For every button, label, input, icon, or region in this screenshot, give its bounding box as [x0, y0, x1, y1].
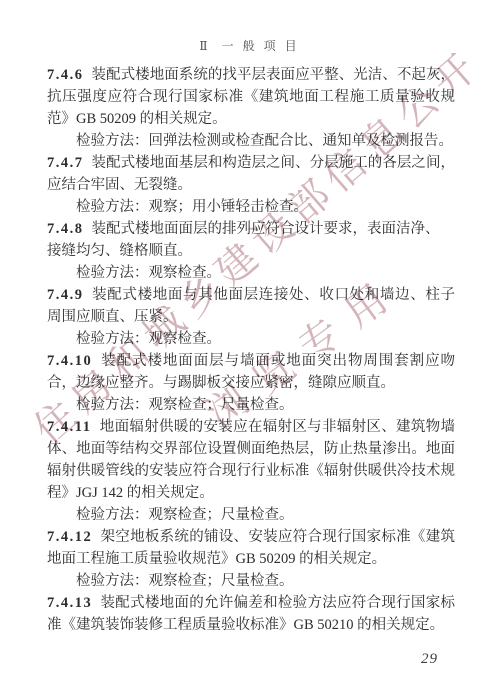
body-line: 准《建筑装饰装修工程质量验收标准》GB 50210 的相关规定。 — [47, 614, 455, 636]
line-text: 检验方法：观察；用小锤轻击检查。 — [76, 199, 308, 215]
line-text: 辐射供暖管线的安装应符合现行行业标准《辐射供暖供冷技术规 — [47, 463, 455, 479]
line-text: 检验方法：观察检查；尺量检查。 — [76, 573, 294, 589]
line-text: 体、地面等结构交界部位设置侧面绝热层，防止热量渗出。地面 — [47, 441, 455, 457]
method-line: 检验方法：观察检查；尺量检查。 — [47, 504, 455, 526]
clause-line: 7.4.12架空地板系统的铺设、安装应符合现行国家标准《建筑 — [47, 526, 455, 548]
body-line: 合，边缘应整齐。与踢脚板交接应紧密，缝隙应顺直。 — [47, 372, 455, 394]
method-line: 检验方法：观察检查。 — [47, 262, 455, 284]
line-text: 装配式楼地面的允许偏差和检验方法应符合现行国家标 — [100, 595, 455, 611]
line-text: 装配式楼地面与其他面层连接处、收口处和墙边、柱子 — [92, 287, 456, 303]
page-number: 29 — [421, 651, 438, 668]
line-text: 地面辐射供暖的安装应在辐射区与非辐射区、建筑物墙 — [99, 419, 455, 435]
line-text: 检验方法：回弹法检测或检查配合比、通知单及检测报告。 — [76, 133, 453, 149]
line-text: 装配式楼地面系统的找平层表面应平整、光洁、不起灰， — [92, 67, 456, 83]
line-text: 周围应顺直、压紧。 — [47, 309, 178, 325]
document-page: Ⅱ一 般 项 目 住房和城乡建设部信息公开 浏览专用 7.4.6装配式楼地面系统… — [0, 0, 499, 700]
line-text: 合，边缘应整齐。与踢脚板交接应紧密，缝隙应顺直。 — [47, 375, 395, 391]
clause-number: 7.4.12 — [47, 529, 92, 545]
section-header: Ⅱ一 般 项 目 — [0, 37, 499, 54]
section-title: 一 般 项 目 — [222, 39, 300, 53]
clause-number: 7.4.8 — [47, 221, 84, 237]
line-text: 检验方法：观察检查；尺量检查。 — [76, 507, 294, 523]
body-line: 地面工程施工质量验收规范》GB 50209 的相关规定。 — [47, 548, 455, 570]
line-text: 装配式楼地面基层和构造层之间、分层施工的各层之间， — [92, 155, 456, 171]
body-line: 抗压强度应符合现行国家标准《建筑地面工程施工质量验收规 — [47, 86, 455, 108]
method-line: 检验方法：观察；用小锤轻击检查。 — [47, 196, 455, 218]
line-text: 应结合牢固、无裂缝。 — [47, 177, 192, 193]
body-line: 接缝均匀、缝格顺直。 — [47, 240, 455, 262]
clause-line: 7.4.7装配式楼地面基层和构造层之间、分层施工的各层之间， — [47, 152, 455, 174]
clause-number: 7.4.6 — [47, 67, 84, 83]
method-line: 检验方法：观察检查；尺量检查。 — [47, 394, 455, 416]
clause-line: 7.4.11地面辐射供暖的安装应在辐射区与非辐射区、建筑物墙 — [47, 416, 455, 438]
body-line: 范》GB 50209 的相关规定。 — [47, 108, 455, 130]
clause-number: 7.4.9 — [47, 287, 84, 303]
line-text: 地面工程施工质量验收规范》GB 50209 的相关规定。 — [47, 551, 386, 567]
body-line: 程》JGJ 142 的相关规定。 — [47, 482, 455, 504]
line-text: 程》JGJ 142 的相关规定。 — [47, 485, 214, 501]
method-line: 检验方法：观察检查；尺量检查。 — [47, 570, 455, 592]
line-text: 装配式楼地面面层与墙面或地面突出物周围套割应吻 — [100, 353, 455, 369]
line-text: 检验方法：观察检查；尺量检查。 — [76, 397, 294, 413]
body-line: 体、地面等结构交界部位设置侧面绝热层，防止热量渗出。地面 — [47, 438, 455, 460]
method-line: 检验方法：回弹法检测或检查配合比、通知单及检测报告。 — [47, 130, 455, 152]
line-text: 架空地板系统的铺设、安装应符合现行国家标准《建筑 — [100, 529, 455, 545]
body-line: 辐射供暖管线的安装应符合现行行业标准《辐射供暖供冷技术规 — [47, 460, 455, 482]
clause-number: 7.4.13 — [47, 595, 92, 611]
section-numeral: Ⅱ — [199, 39, 209, 53]
method-line: 检验方法：观察检查。 — [47, 328, 455, 350]
line-text: 范》GB 50209 的相关规定。 — [47, 111, 227, 127]
clause-number: 7.4.7 — [47, 155, 84, 171]
clause-line: 7.4.6装配式楼地面系统的找平层表面应平整、光洁、不起灰， — [47, 64, 455, 86]
body-line: 周围应顺直、压紧。 — [47, 306, 455, 328]
line-text: 接缝均匀、缝格顺直。 — [47, 243, 192, 259]
document-body: 7.4.6装配式楼地面系统的找平层表面应平整、光洁、不起灰，抗压强度应符合现行国… — [47, 64, 455, 636]
body-line: 应结合牢固、无裂缝。 — [47, 174, 455, 196]
clause-number: 7.4.10 — [47, 353, 92, 369]
clause-number: 7.4.11 — [47, 419, 91, 435]
clause-line: 7.4.8装配式楼地面面层的排列应符合设计要求，表面洁净、 — [47, 218, 455, 240]
clause-line: 7.4.10装配式楼地面面层与墙面或地面突出物周围套割应吻 — [47, 350, 455, 372]
line-text: 抗压强度应符合现行国家标准《建筑地面工程施工质量验收规 — [47, 89, 455, 105]
line-text: 检验方法：观察检查。 — [76, 331, 221, 347]
clause-line: 7.4.9装配式楼地面与其他面层连接处、收口处和墙边、柱子 — [47, 284, 455, 306]
clause-line: 7.4.13装配式楼地面的允许偏差和检验方法应符合现行国家标 — [47, 592, 455, 614]
line-text: 检验方法：观察检查。 — [76, 265, 221, 281]
line-text: 准《建筑装饰装修工程质量验收标准》GB 50210 的相关规定。 — [47, 617, 444, 633]
line-text: 装配式楼地面面层的排列应符合设计要求，表面洁净、 — [92, 221, 440, 237]
